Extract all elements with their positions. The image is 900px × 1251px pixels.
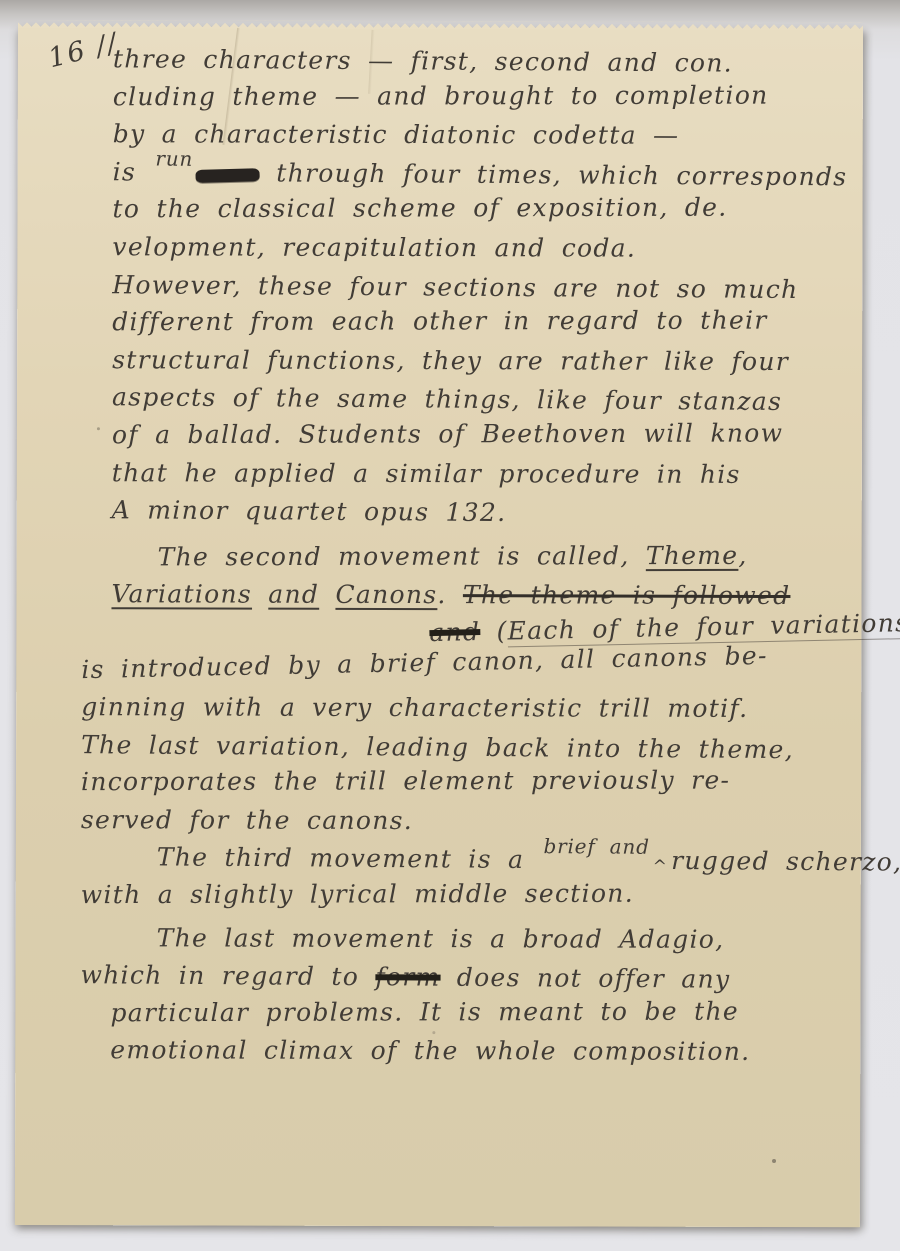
handwritten-line: ginning with a very characteristic trill…: [81, 688, 847, 728]
handwritten-text: .: [437, 580, 463, 609]
handwritten-text: served for the canons.: [81, 805, 413, 835]
handwritten-text: three characters — first, second and con…: [113, 44, 733, 77]
page-number: 16 //: [45, 27, 121, 74]
struck-text: The theme is followed: [463, 580, 791, 610]
handwritten-text: is: [113, 157, 153, 186]
handwritten-line: with a slightly lyrical middle section.: [81, 874, 847, 914]
handwritten-text: to the classical scheme of exposition, d…: [112, 193, 727, 224]
handwritten-text: The last variation, leading back into th…: [81, 730, 794, 764]
handwritten-line: The second movement is called, Theme,: [158, 536, 848, 575]
handwritten-text: that he applied a similar procedure in h…: [112, 458, 741, 489]
handwritten-text: of a ballad. Students of Beethoven will …: [112, 418, 783, 449]
handwritten-line: by a characteristic diatonic codetta —: [113, 115, 849, 155]
handwritten-text: through four times, which corresponds: [260, 158, 848, 191]
handwritten-text: does not offer any: [440, 963, 730, 994]
handwritten-text: The last movement is a broad Adagio,: [157, 923, 725, 953]
underlined-text: Theme: [646, 541, 739, 570]
handwritten-text: particular problems. It is meant to be t…: [110, 996, 739, 1027]
handwritten-line: is introduced by a brief canon, all cano…: [81, 635, 848, 689]
handwritten-text: ,: [738, 541, 747, 570]
handwritten-text: rugged scherzo,: [671, 846, 900, 877]
handwritten-text: The third movement is a: [157, 843, 541, 875]
inserted-correction: run: [155, 140, 193, 178]
paper-speck: [97, 427, 100, 430]
handwritten-line: structural functions, they are rather li…: [112, 341, 848, 381]
struck-text: form: [375, 962, 440, 991]
underlined-text: Canons: [335, 580, 437, 609]
handwritten-text: with a slightly lyrical middle section.: [81, 879, 634, 909]
handwritten-line: emotional climax of the whole compositio…: [110, 1032, 846, 1072]
handwritten-text: emotional climax of the whole compositio…: [110, 1036, 750, 1067]
handwritten-line: to the classical scheme of exposition, d…: [112, 189, 848, 229]
handwritten-text: different from each other in regard to t…: [112, 306, 767, 337]
handwritten-text: cluding theme — and brought to completio…: [113, 80, 769, 111]
handwritten-text: velopment, recapitulation and coda.: [112, 232, 636, 262]
handwriting-lines: three characters — first, second and con…: [110, 40, 849, 1071]
handwritten-line: served for the canons.: [81, 801, 847, 841]
manuscript-page: 16 // three characters — first, second a…: [15, 27, 863, 1227]
handwritten-text: by a characteristic diatonic codetta —: [113, 119, 680, 149]
handwritten-text: incorporates the trill element previousl…: [81, 766, 730, 797]
ink-blot: [196, 168, 260, 183]
handwritten-line: A minor quartet opus 132.: [112, 491, 848, 534]
handwritten-line: The last movement is a broad Adagio,: [157, 919, 847, 958]
handwritten-line: different from each other in regard to t…: [112, 301, 848, 341]
paper-speck: [772, 1159, 776, 1163]
handwritten-line: cluding theme — and brought to completio…: [113, 76, 849, 116]
handwritten-text: A minor quartet opus 132.: [112, 495, 507, 527]
handwritten-line: of a ballad. Students of Beethoven will …: [112, 414, 848, 454]
handwritten-text: aspects of the same things, like four st…: [112, 383, 782, 417]
handwritten-line: velopment, recapitulation and coda.: [112, 228, 848, 268]
handwritten-text: ginning with a very characteristic trill…: [81, 692, 748, 723]
handwritten-text: [319, 580, 335, 609]
underlined-text: and: [268, 580, 319, 609]
handwritten-text: structural functions, they are rather li…: [112, 345, 789, 376]
handwritten-line: that he applied a similar procedure in h…: [112, 454, 848, 494]
handwritten-text: The second movement is called,: [158, 541, 646, 571]
handwritten-line: particular problems. It is meant to be t…: [110, 992, 846, 1032]
inserted-correction: brief and: [543, 829, 649, 867]
underlined-text: Variations: [111, 580, 252, 609]
handwritten-text: is introduced by a brief canon, all cano…: [81, 640, 768, 683]
handwritten-text: However, these four sections are not so …: [112, 270, 798, 304]
handwritten-text: which in regard to: [80, 960, 375, 991]
handwritten-line: incorporates the trill element previousl…: [81, 761, 847, 801]
handwritten-text: [252, 580, 268, 609]
torn-paper-edge: [18, 20, 863, 30]
